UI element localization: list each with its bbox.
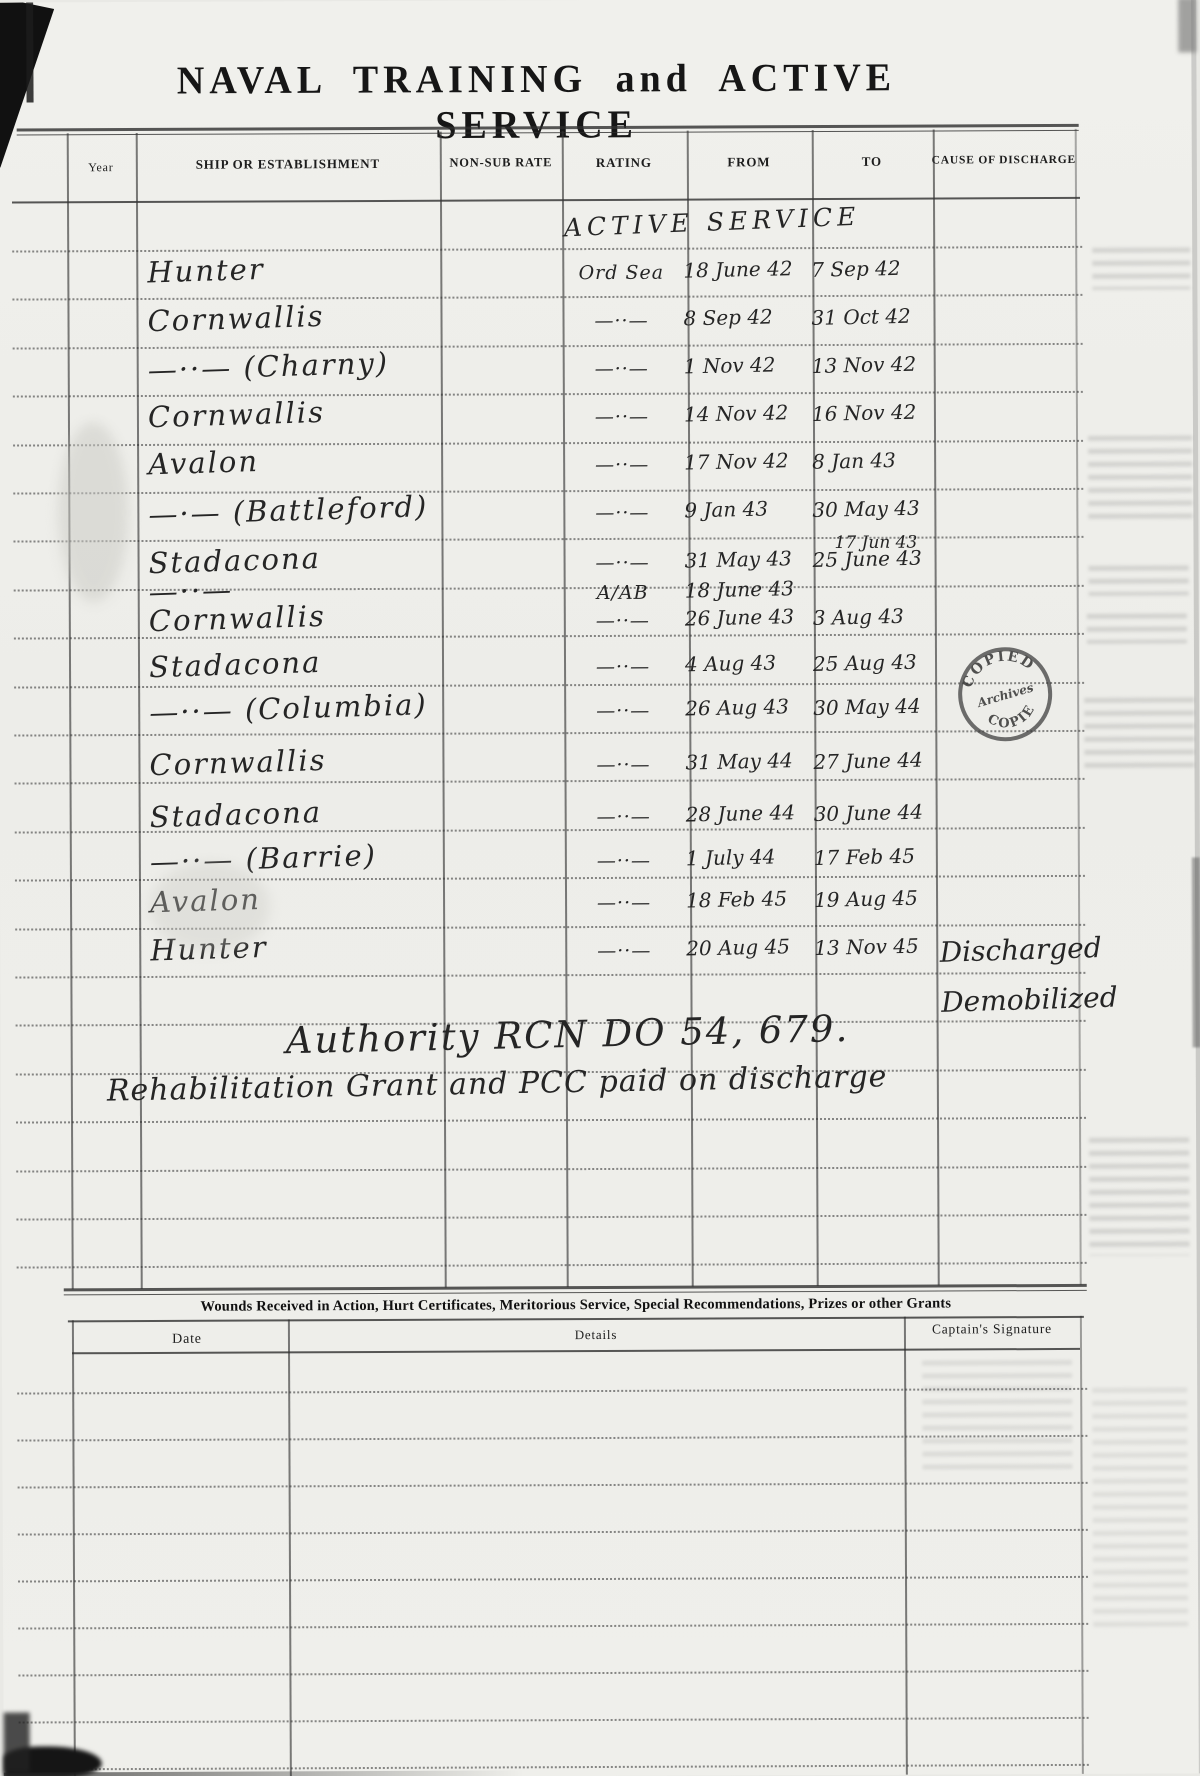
- from-date-value: 20 Aug 45: [686, 934, 790, 960]
- rating-value: —··—: [558, 454, 686, 477]
- wounds-header-details: Details: [575, 1327, 618, 1343]
- to-date-value: 19 Aug 45: [814, 886, 918, 912]
- bleed-through-text: [922, 1360, 1072, 1471]
- handwritten-authority-note: Authority RCN DO 54, 679.: [285, 1007, 849, 1062]
- ship-or-establishment-value: —·— (Battleford): [148, 489, 429, 532]
- from-date-value: 28 June 44: [685, 800, 795, 826]
- to-date-value: 30 May 43: [812, 496, 920, 522]
- handwritten-interim-date: 17 Jun 43: [834, 533, 917, 553]
- scan-edge-artifact: [4, 1770, 524, 1776]
- rating-value: —··—: [559, 656, 687, 679]
- table-row-line: [19, 1764, 1089, 1771]
- to-date-value: 31 Oct 42: [811, 304, 911, 330]
- to-date-value: 30 June 44: [813, 800, 923, 826]
- table-row-line: [17, 1388, 1087, 1395]
- table-row-line: [19, 1717, 1089, 1724]
- ship-or-establishment-value: —··— (Charny): [147, 346, 389, 387]
- wounds-header-date: Date: [172, 1332, 202, 1348]
- table-row-line: [17, 1262, 1087, 1269]
- to-date-value: 30 May 44: [813, 694, 921, 720]
- table-row-line: [18, 1670, 1088, 1677]
- table-column-line: [72, 1320, 76, 1776]
- rating-value: —··—: [558, 502, 686, 525]
- handwritten-section-heading: ACTIVE SERVICE: [537, 201, 888, 244]
- cause-of-discharge-value: [937, 242, 1192, 250]
- to-date-value: 25 Aug 43: [813, 650, 917, 676]
- ship-or-establishment-value: Avalon: [148, 444, 260, 481]
- from-date-value: 14 Nov 42: [684, 400, 789, 426]
- from-date-value: 1 Nov 42: [683, 352, 775, 378]
- rating-value: —··—: [558, 358, 686, 381]
- to-date-value: 8 Jan 43: [812, 448, 896, 474]
- ship-or-establishment-value: Stadacona: [149, 795, 322, 834]
- table-row-line: [18, 1576, 1088, 1583]
- cause-of-discharge-value: Discharged Demobilized: [939, 920, 1197, 1028]
- to-date-value: 13 Nov 42: [811, 352, 916, 378]
- bleed-through-text: [1092, 1387, 1188, 1627]
- service-entries: Hunter Ord Sea 18 June 42 7 Sep 42 Cornw…: [0, 0, 1196, 3]
- rating-value: —··—: [557, 310, 685, 333]
- table-column-line: [904, 1317, 908, 1775]
- table-row-line: [16, 1214, 1086, 1221]
- table-column-line: [1080, 1316, 1084, 1774]
- header-rule: [12, 197, 1080, 204]
- scan-blob-artifact: [4, 1746, 102, 1776]
- rating-value: —··—: [560, 850, 688, 873]
- column-header-ship: SHIP OR ESTABLISHMENT: [196, 156, 380, 173]
- ship-or-establishment-value: Avalon: [150, 882, 262, 919]
- to-date-value: 3 Aug 43: [813, 604, 905, 630]
- from-date-value: 17 Nov 42: [684, 448, 789, 474]
- ship-or-establishment-value: —··— (Barrie): [149, 838, 377, 879]
- ship-or-establishment-value: Stadacona: [149, 645, 322, 684]
- wounds-header-signature: Captain's Signature: [932, 1321, 1052, 1338]
- table-grid-lines: [0, 0, 1196, 3]
- rating-value: Ord Sea: [557, 262, 685, 285]
- from-date-value: 9 Jan 43: [684, 497, 768, 523]
- from-date-value: 1 July 44: [686, 844, 776, 870]
- ship-or-establishment-value: Cornwallis: [147, 299, 325, 338]
- scan-corner-artifact: [1178, 0, 1196, 52]
- rating-value: —··—: [558, 406, 686, 429]
- ship-or-establishment-value: Cornwallis: [149, 743, 327, 782]
- from-date-value: 18 June 42: [683, 256, 793, 282]
- from-date-value: 8 Sep 42: [683, 304, 773, 330]
- handwritten-rehabilitation-note: Rehabilitation Grant and PCC paid on dis…: [107, 1059, 888, 1108]
- ship-or-establishment-value: Cornwallis: [148, 599, 326, 638]
- rating-value: —··—: [560, 940, 688, 963]
- from-date-value: 26 Aug 43: [685, 694, 789, 720]
- column-header-year: Year: [88, 160, 113, 175]
- table-row-line: [18, 1623, 1088, 1630]
- wounds-section-heading: Wounds Received in Action, Hurt Certific…: [72, 1295, 1080, 1316]
- from-date-value: 4 Aug 43: [685, 650, 777, 676]
- ship-or-establishment-value: Hunter: [150, 930, 268, 968]
- to-date-value: 27 June 44: [813, 748, 923, 774]
- column-header-from: FROM: [727, 154, 770, 170]
- table-row-line: [16, 1165, 1086, 1172]
- from-date-value: 31 May 44: [685, 748, 793, 774]
- scan-corner-artifact: [0, 2, 55, 167]
- bleed-through-text: [1089, 1137, 1190, 1255]
- from-date-value: 26 June 43: [685, 604, 795, 630]
- table-row-line: [16, 1117, 1086, 1124]
- ship-or-establishment-value: Hunter: [147, 252, 265, 290]
- wounds-rule-top2: [64, 1290, 1087, 1295]
- table-column-line: [288, 1319, 292, 1776]
- service-table-row: —·— (Battleford) —··— 9 Jan 43 30 May 43: [0, 483, 1198, 540]
- scan-edge-artifact: [26, 2, 33, 102]
- ship-or-establishment-value: Cornwallis: [147, 395, 325, 434]
- to-date-value: 7 Sep 42: [811, 256, 901, 282]
- column-header-nonsub: NON-SUB RATE: [449, 155, 552, 170]
- rating-value: —··—: [559, 754, 687, 777]
- scanned-document-page: NAVAL TRAINING and ACTIVE SERVICE Year S…: [0, 0, 1200, 1776]
- column-header-rating: RATING: [596, 155, 652, 171]
- ship-or-establishment-value: —··— (Columbia): [149, 687, 428, 729]
- table-row-line: [18, 1529, 1088, 1536]
- page-title: NAVAL TRAINING and ACTIVE SERVICE: [86, 55, 986, 150]
- service-table-row: Cornwallis —··— 31 May 44 27 June 44: [0, 735, 1200, 792]
- to-date-value: 17 Feb 45: [814, 844, 916, 870]
- column-header-to: TO: [862, 154, 882, 170]
- rating-value: —··—: [560, 892, 688, 915]
- to-date-value: 16 Nov 42: [812, 400, 917, 426]
- table-row-line: [17, 1435, 1087, 1442]
- from-date-value: 18 Feb 45: [686, 886, 788, 912]
- table-row-line: [18, 1482, 1088, 1489]
- to-date-value: 13 Nov 45: [814, 934, 919, 960]
- rating-value: —··—: [559, 610, 687, 633]
- rating-value: —··—: [559, 700, 687, 723]
- rating-value: —··—: [560, 806, 688, 829]
- wounds-rule-headrow: [72, 1348, 1080, 1354]
- column-header-cause: CAUSE OF DISCHARGE: [932, 154, 1076, 167]
- service-table-row: Hunter —··— 20 Aug 45 13 Nov 45 Discharg…: [0, 921, 1200, 978]
